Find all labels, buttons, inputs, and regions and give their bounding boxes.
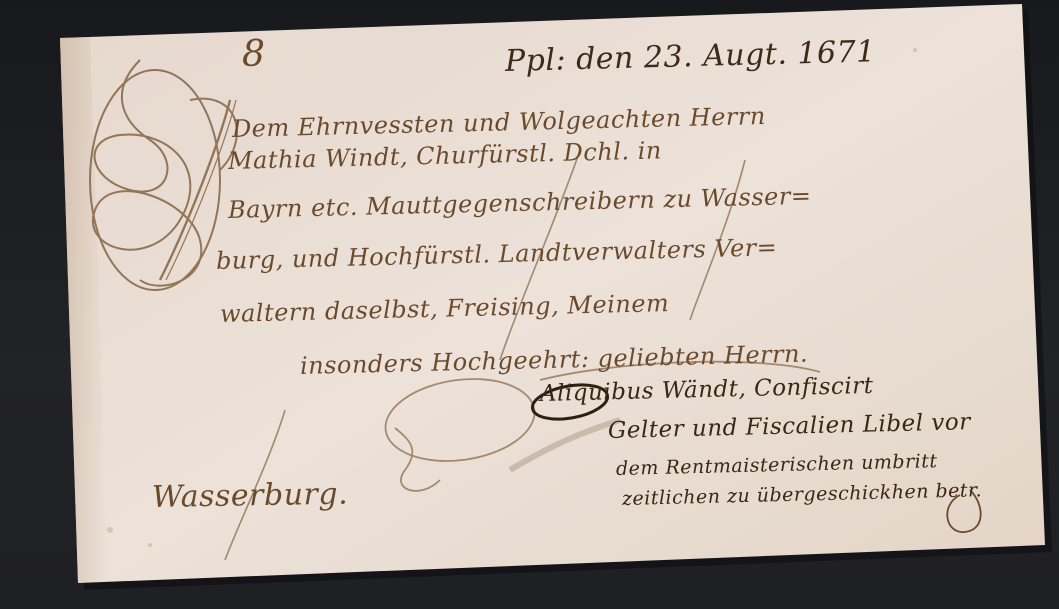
destination-place: Wasserburg. <box>152 477 349 515</box>
photo-stage: 8 Ppl: den 23. Augt. 1671 Dem Ehrnvesste… <box>0 0 1059 609</box>
docket-mark: 8 <box>242 34 265 75</box>
